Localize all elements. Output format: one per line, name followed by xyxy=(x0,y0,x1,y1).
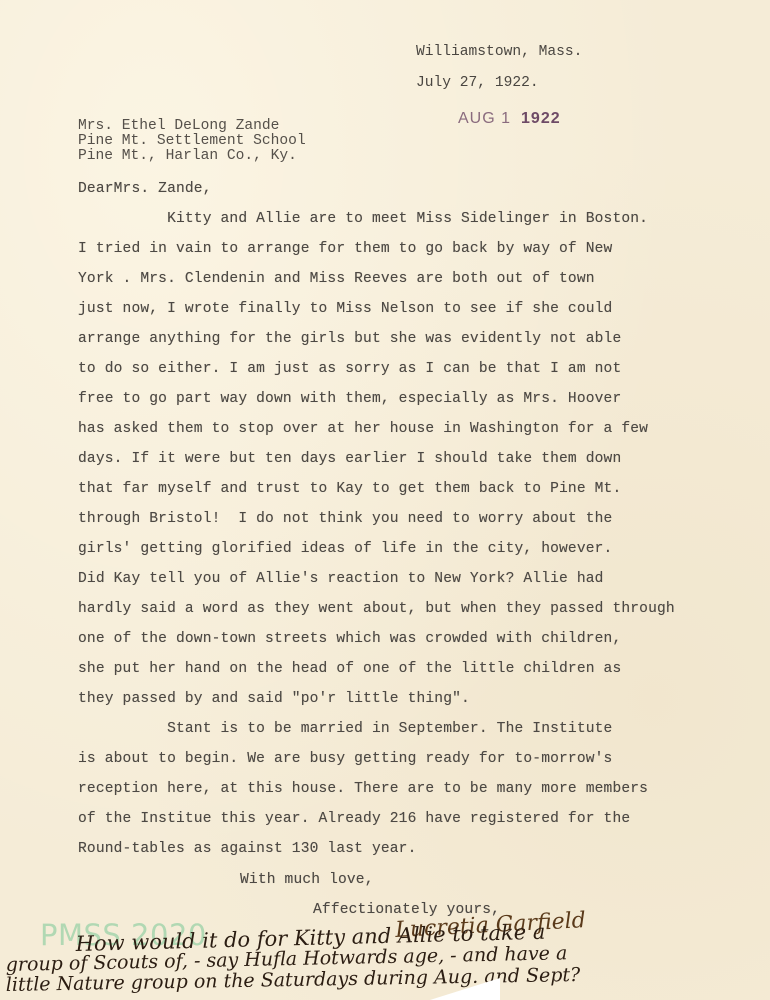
body-line: she put her hand on the head of one of t… xyxy=(78,661,621,677)
stamp-month-day: AUG 1 xyxy=(458,110,511,127)
body-line: Round-tables as against 130 last year. xyxy=(78,841,417,857)
letter-page: Williamstown, Mass. July 27, 1922. AUG 1… xyxy=(0,0,770,1000)
closing-love: With much love, xyxy=(240,872,374,888)
body-line: arrange anything for the girls but she w… xyxy=(78,331,621,347)
recipient-name: Mrs. Ethel DeLong Zande xyxy=(78,119,279,134)
body-line: to do so either. I am just as sorry as I… xyxy=(78,361,621,377)
body-line: hardly said a word as they went about, b… xyxy=(78,601,675,617)
body-line: that far myself and trust to Kay to get … xyxy=(78,481,621,497)
recipient-address: Pine Mt., Harlan Co., Ky. xyxy=(78,149,297,164)
letter-date: July 27, 1922. xyxy=(416,75,539,91)
body-line: free to go part way down with them, espe… xyxy=(78,391,621,407)
body-line: Kitty and Allie are to meet Miss Sidelin… xyxy=(78,211,648,227)
received-date-stamp: AUG 11922 xyxy=(458,110,561,128)
body-line: one of the down-town streets which was c… xyxy=(78,631,621,647)
body-line: days. If it were but ten days earlier I … xyxy=(78,451,621,467)
stamp-year: 1922 xyxy=(521,110,561,127)
recipient-organization: Pine Mt. Settlement School xyxy=(78,134,306,149)
body-line: Did Kay tell you of Allie's reaction to … xyxy=(78,571,604,587)
body-line: is about to begin. We are busy getting r… xyxy=(78,751,612,767)
body-line: of the Institue this year. Already 216 h… xyxy=(78,811,630,827)
letter-place: Williamstown, Mass. xyxy=(416,44,582,60)
body-line: Stant is to be married in September. The… xyxy=(78,721,612,737)
body-line: through Bristol! I do not think you need… xyxy=(78,511,612,527)
salutation: DearMrs. Zande, xyxy=(78,181,212,197)
body-line: I tried in vain to arrange for them to g… xyxy=(78,241,612,257)
body-line: just now, I wrote finally to Miss Nelson… xyxy=(78,301,612,317)
body-line: reception here, at this house. There are… xyxy=(78,781,648,797)
body-line: they passed by and said "po'r little thi… xyxy=(78,691,470,707)
body-line: has asked them to stop over at her house… xyxy=(78,421,648,437)
body-line: York . Mrs. Clendenin and Miss Reeves ar… xyxy=(78,271,595,287)
body-line: girls' getting glorified ideas of life i… xyxy=(78,541,612,557)
